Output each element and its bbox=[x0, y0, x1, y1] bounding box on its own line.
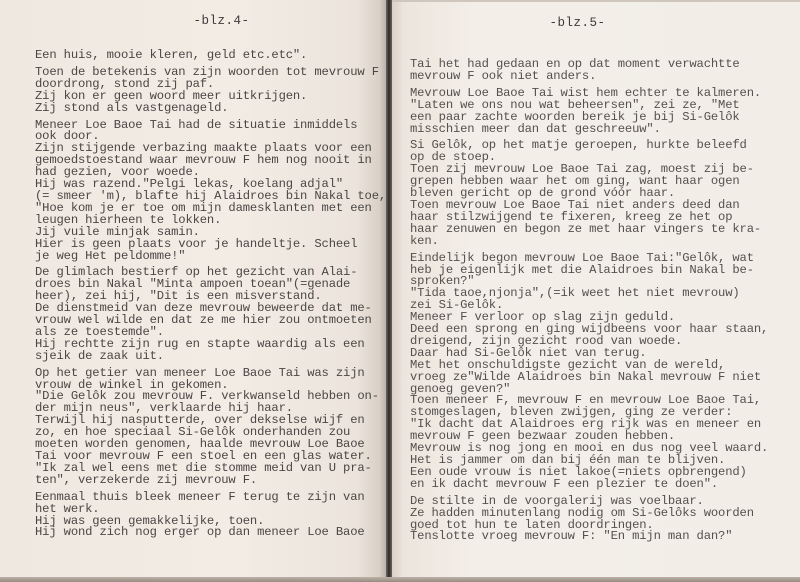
paragraph: Mevrouw Loe Baoe Tai wist hem echter te … bbox=[410, 88, 768, 136]
text-line: je weg Het peldomme!" bbox=[35, 251, 386, 263]
book-spine bbox=[386, 0, 392, 582]
text-line: haar zenuwen en begon ze met haar vinger… bbox=[410, 224, 768, 236]
paragraph: De stilte in de voorgalerij was voelbaar… bbox=[410, 496, 768, 544]
page-body: Tai het had gedaan en op dat moment verw… bbox=[410, 59, 768, 548]
text-line: Zij stond als vastgenageld. bbox=[35, 103, 386, 115]
paragraph: Tai het had gedaan en op dat moment verw… bbox=[410, 59, 768, 83]
text-line: Tenslotte vroeg mevrouw F: "En mijn man … bbox=[410, 531, 768, 543]
paragraph: Si Gelôk, op het matje geroepen, hurkte … bbox=[410, 140, 768, 247]
paragraph: Meneer Loe Baoe Tai had de situatie inmi… bbox=[35, 120, 386, 263]
text-line: misschien meer dan dat geschreeuw". bbox=[410, 124, 768, 136]
page-number: -blz.5- bbox=[391, 16, 782, 30]
page-body: Een huis, mooie kleren, geld etc.etc".To… bbox=[35, 50, 386, 544]
paragraph: Eenmaal thuis bleek meneer F terug te zi… bbox=[35, 492, 386, 540]
book-bottom-edge bbox=[0, 577, 800, 582]
text-line: mevrouw F ook niet anders. bbox=[410, 71, 768, 83]
paragraph: Toen de betekenis van zijn woorden tot m… bbox=[35, 67, 386, 115]
paragraph: Op het getier van meneer Loe Baoe Tai wa… bbox=[35, 368, 386, 487]
text-line: en ik dacht mevrouw F een plezier te doe… bbox=[410, 479, 768, 491]
text-line: sjeik de zaak uit. bbox=[35, 351, 386, 363]
page-right: -blz.5- Tai het had gedaan en op dat mom… bbox=[391, 2, 800, 580]
text-line: Een huis, mooie kleren, geld etc.etc". bbox=[35, 50, 386, 62]
paragraph: De glimlach bestierf op het gezicht van … bbox=[35, 267, 386, 362]
text-line: ken. bbox=[410, 236, 768, 248]
paragraph: Eindelijk begon mevrouw Loe Baoe Tai:"Ge… bbox=[410, 253, 768, 491]
book-spread: -blz.4- Een huis, mooie kleren, geld etc… bbox=[0, 0, 800, 582]
page-number: -blz.4- bbox=[28, 14, 387, 28]
paragraph: Een huis, mooie kleren, geld etc.etc". bbox=[35, 50, 386, 62]
page-left: -blz.4- Een huis, mooie kleren, geld etc… bbox=[0, 0, 387, 578]
text-line: ten", verzekerde zij mevrouw F. bbox=[35, 475, 386, 487]
text-line: Hij wond zich nog erger op dan meneer Lo… bbox=[35, 527, 386, 539]
